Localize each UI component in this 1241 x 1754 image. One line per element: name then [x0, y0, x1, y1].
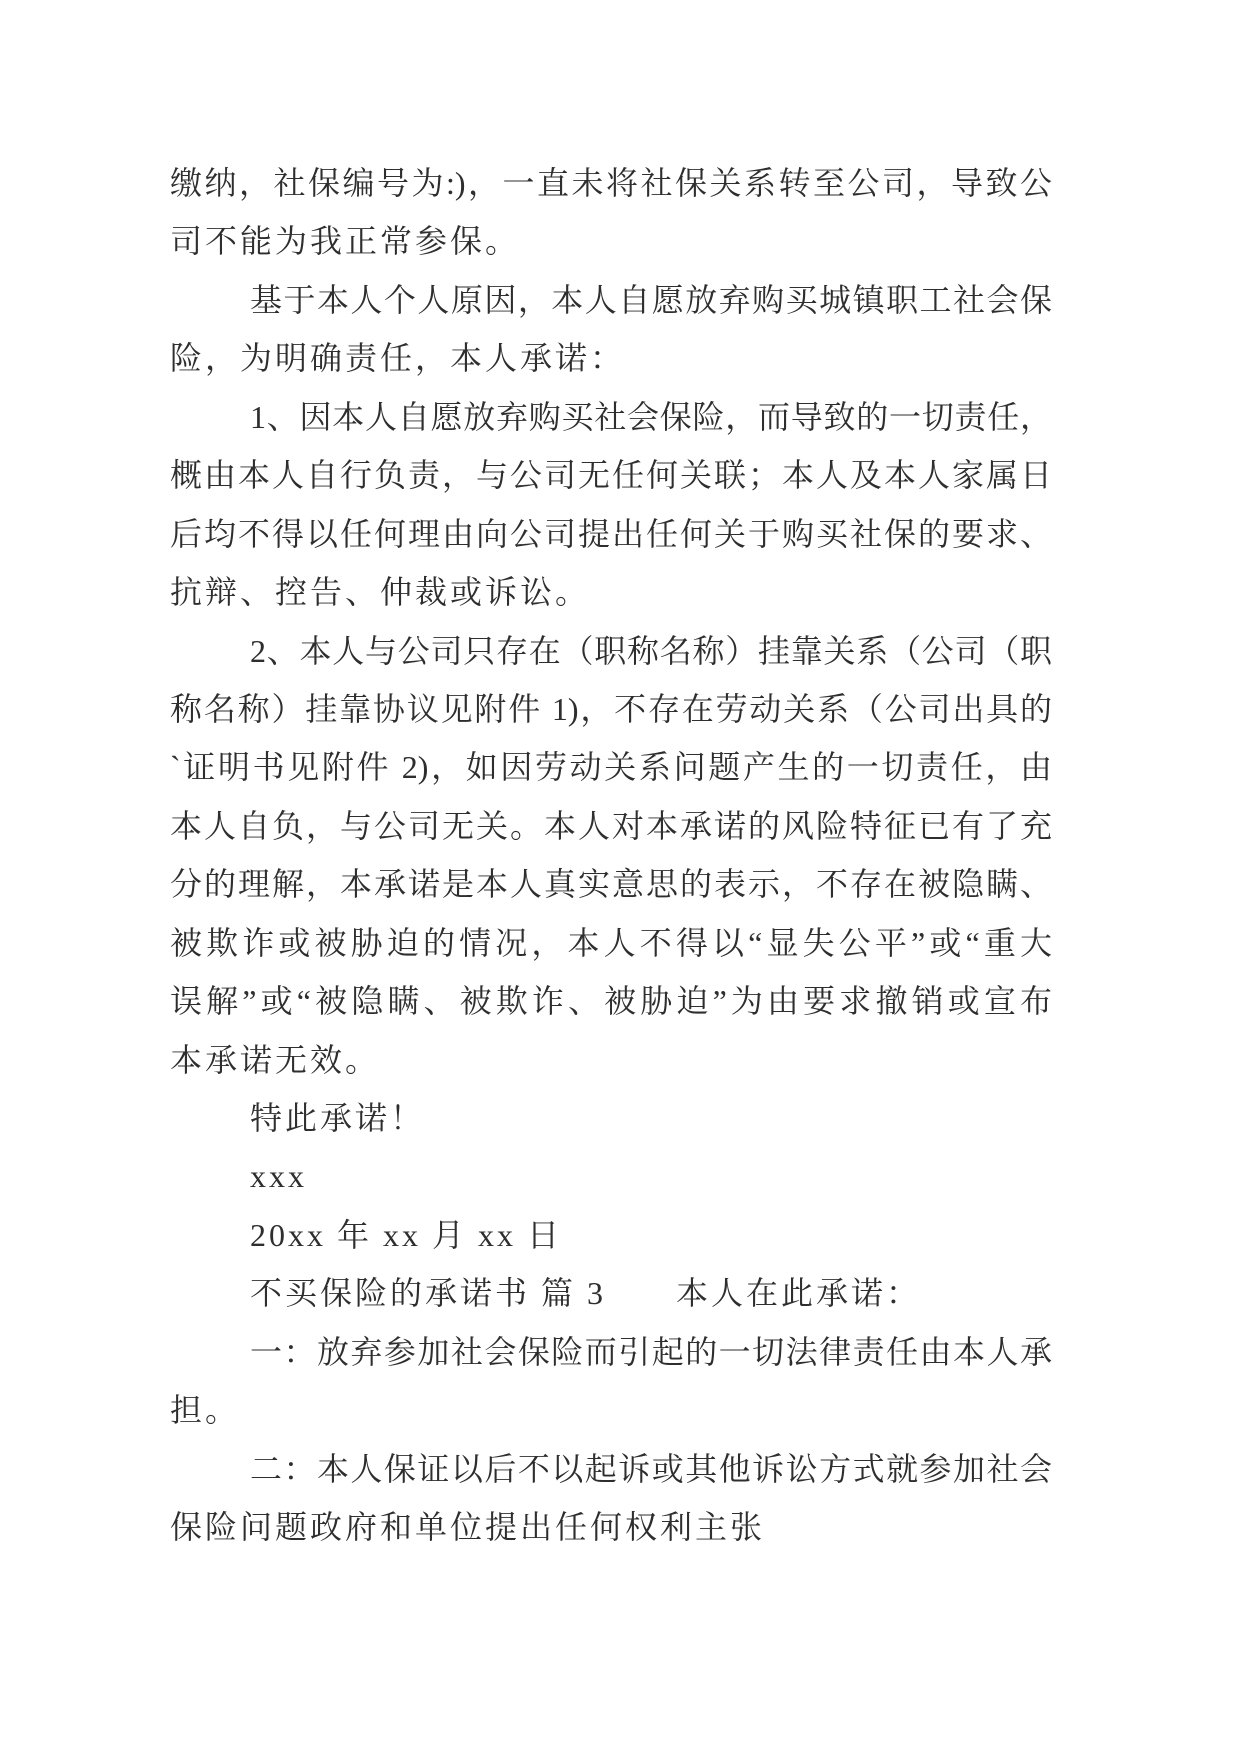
text-line: 特此承诺！ [170, 1089, 1052, 1147]
text-line: 本人自负，与公司无关。本人对本承诺的风险特征已有了充 [170, 797, 1052, 855]
text-line: 抗辩、控告、仲裁或诉讼。 [170, 563, 1052, 621]
text-line: 本承诺无效。 [170, 1031, 1052, 1089]
text-line: 概由本人自行负责，与公司无任何关联；本人及本人家属日 [170, 446, 1052, 504]
text-line: 2、本人与公司只存在（职称名称）挂靠关系（公司（职 [170, 622, 1052, 680]
text-line: 一：放弃参加社会保险而引起的一切法律责任由本人承 [170, 1323, 1052, 1381]
text-line: 被欺诈或被胁迫的情况，本人不得以“显失公平”或“重大 [170, 914, 1052, 972]
text-line: `证明书见附件 2)，如因劳动关系问题产生的一切责任，由 [170, 738, 1052, 796]
text-line: 担。 [170, 1381, 1052, 1439]
text-line: 基于本人个人原因，本人自愿放弃购买城镇职工社会保 [170, 271, 1052, 329]
text-line: 二：本人保证以后不以起诉或其他诉讼方式就参加社会 [170, 1440, 1052, 1498]
text-line: 险，为明确责任，本人承诺： [170, 329, 1052, 387]
text-line: 称名称）挂靠协议见附件 1)，不存在劳动关系（公司出具的 [170, 680, 1052, 738]
text-line: 1、因本人自愿放弃购买社会保险，而导致的一切责任， [170, 388, 1052, 446]
text-line: xxx [170, 1147, 1052, 1205]
text-line: 误解”或“被隐瞒、被欺诈、被胁迫”为由要求撤销或宣布 [170, 972, 1052, 1030]
document-page: 缴纳，社保编号为:)，一直未将社保关系转至公司，导致公司不能为我正常参保。基于本… [0, 0, 1241, 1754]
text-line: 后均不得以任何理由向公司提出任何关于购买社保的要求、 [170, 505, 1052, 563]
text-line: 20xx 年 xx 月 xx 日 [170, 1206, 1052, 1264]
document-body: 缴纳，社保编号为:)，一直未将社保关系转至公司，导致公司不能为我正常参保。基于本… [170, 154, 1052, 1557]
text-line: 分的理解，本承诺是本人真实意思的表示，不存在被隐瞒、 [170, 855, 1052, 913]
text-line: 不买保险的承诺书 篇 3 本人在此承诺： [170, 1264, 1052, 1322]
text-line: 缴纳，社保编号为:)，一直未将社保关系转至公司，导致公 [170, 154, 1052, 212]
text-line: 司不能为我正常参保。 [170, 212, 1052, 270]
text-line: 保险问题政府和单位提出任何权利主张 [170, 1498, 1052, 1556]
